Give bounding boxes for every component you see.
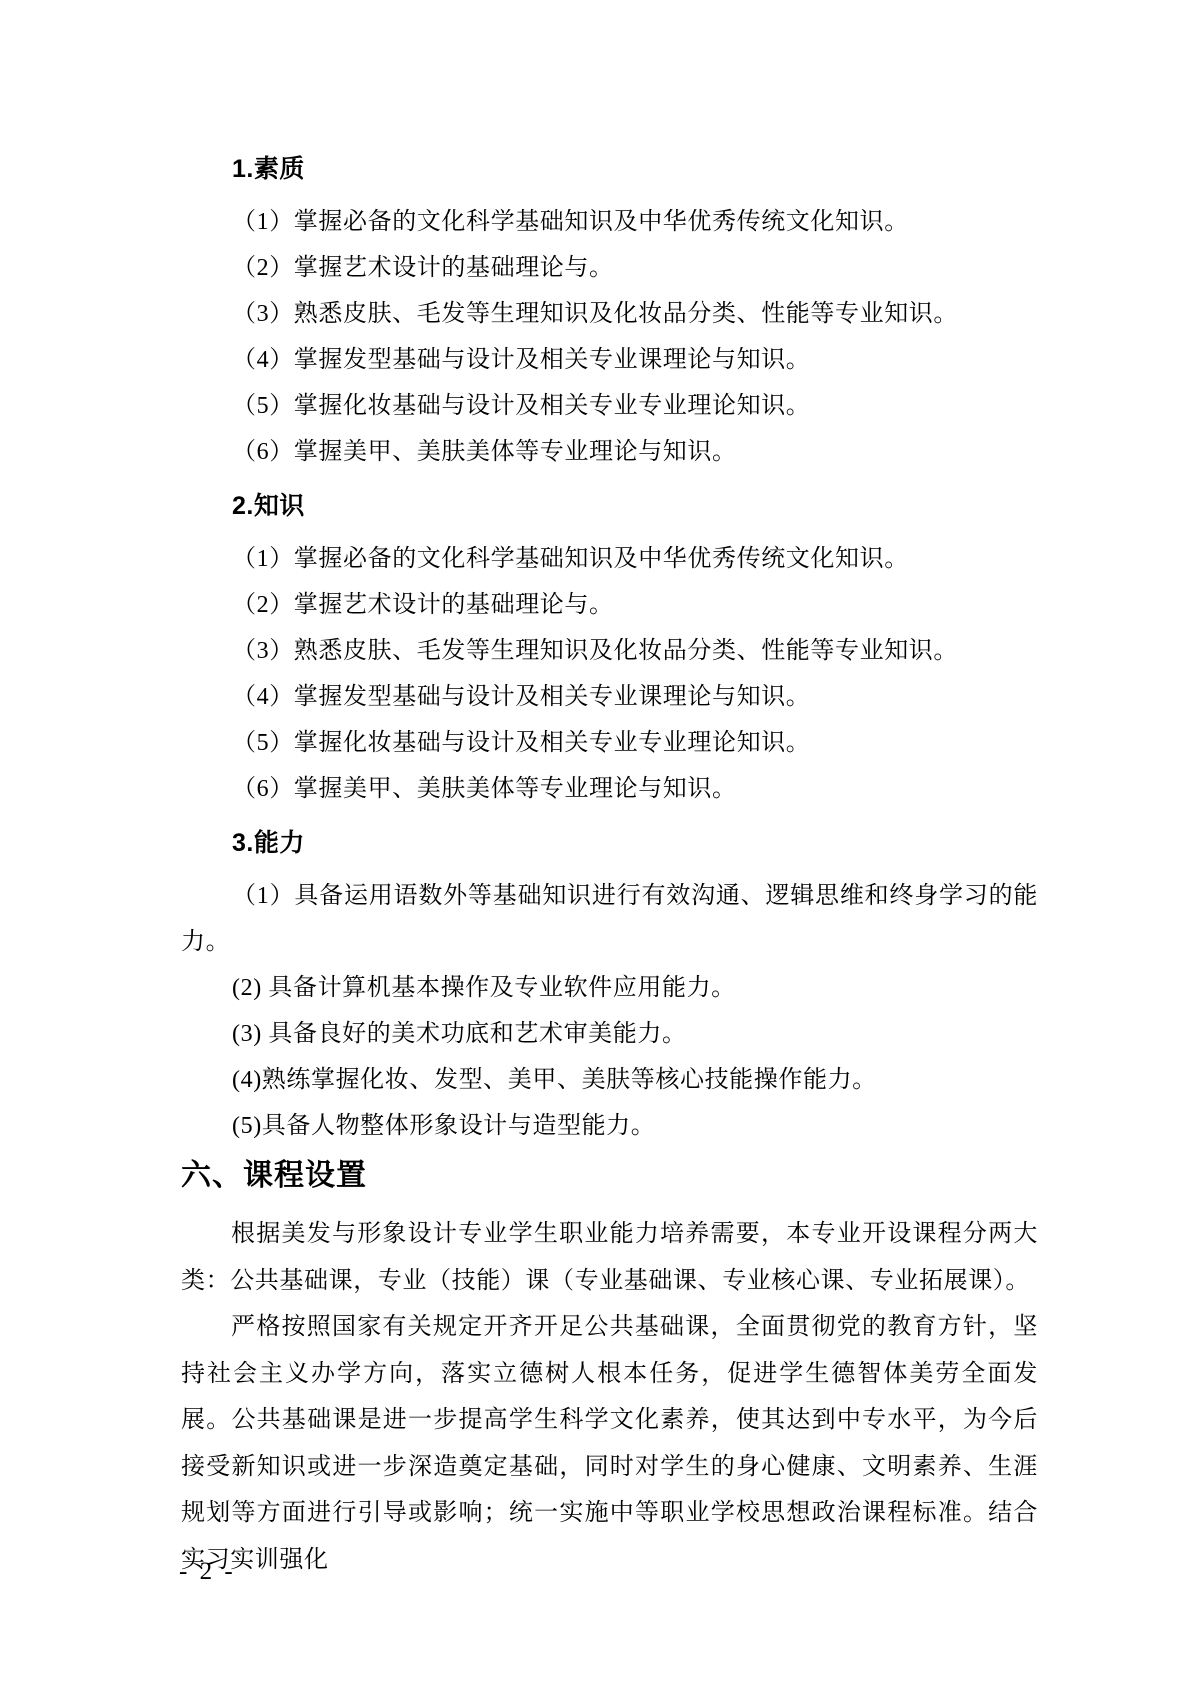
list-item: （2）掌握艺术设计的基础理论与。 — [181, 582, 1038, 628]
list-item: （4）掌握发型基础与设计及相关专业课理论与知识。 — [181, 337, 1038, 383]
list-item: （3）熟悉皮肤、毛发等生理知识及化妆品分类、性能等专业知识。 — [181, 628, 1038, 674]
list-item: (2) 具备计算机基本操作及专业软件应用能力。 — [181, 965, 1038, 1011]
list-item: （3）熟悉皮肤、毛发等生理知识及化妆品分类、性能等专业知识。 — [181, 291, 1038, 337]
section-heading-zhishi: 2.知识 — [181, 483, 1038, 529]
list-item: (5)具备人物整体形象设计与造型能力。 — [181, 1103, 1038, 1149]
paragraph: 严格按照国家有关规定开齐开足公共基础课，全面贯彻党的教育方针，坚持社会主义办学方… — [181, 1304, 1038, 1583]
page-number: - 2 - — [179, 1558, 236, 1586]
list-item: （5）掌握化妆基础与设计及相关专业专业理论知识。 — [181, 720, 1038, 766]
chapter-heading-kechengshezhi: 六、课程设置 — [181, 1151, 1038, 1201]
section-heading-nengli: 3.能力 — [181, 820, 1038, 866]
list-item: （5）掌握化妆基础与设计及相关专业专业理论知识。 — [181, 383, 1038, 429]
list-item: （4）掌握发型基础与设计及相关专业课理论与知识。 — [181, 674, 1038, 720]
list-item: （1）具备运用语数外等基础知识进行有效沟通、逻辑思维和终身学习的能力。 — [181, 873, 1038, 965]
list-item: （1）掌握必备的文化科学基础知识及中华优秀传统文化知识。 — [181, 536, 1038, 582]
list-item: (4)熟练掌握化妆、发型、美甲、美肤等核心技能操作能力。 — [181, 1057, 1038, 1103]
list-item: （6）掌握美甲、美肤美体等专业理论与知识。 — [181, 766, 1038, 812]
list-item: （2）掌握艺术设计的基础理论与。 — [181, 245, 1038, 291]
list-item: (3) 具备良好的美术功底和艺术审美能力。 — [181, 1011, 1038, 1057]
list-item: （6）掌握美甲、美肤美体等专业理论与知识。 — [181, 429, 1038, 475]
document-content: 1.素质 （1）掌握必备的文化科学基础知识及中华优秀传统文化知识。 （2）掌握艺… — [181, 138, 1038, 1583]
section-heading-suzhi: 1.素质 — [181, 146, 1038, 192]
paragraph: 根据美发与形象设计专业学生职业能力培养需要，本专业开设课程分两大类：公共基础课，… — [181, 1211, 1038, 1304]
document-page: 1.素质 （1）掌握必备的文化科学基础知识及中华优秀传统文化知识。 （2）掌握艺… — [0, 0, 1191, 1684]
list-item: （1）掌握必备的文化科学基础知识及中华优秀传统文化知识。 — [181, 199, 1038, 245]
